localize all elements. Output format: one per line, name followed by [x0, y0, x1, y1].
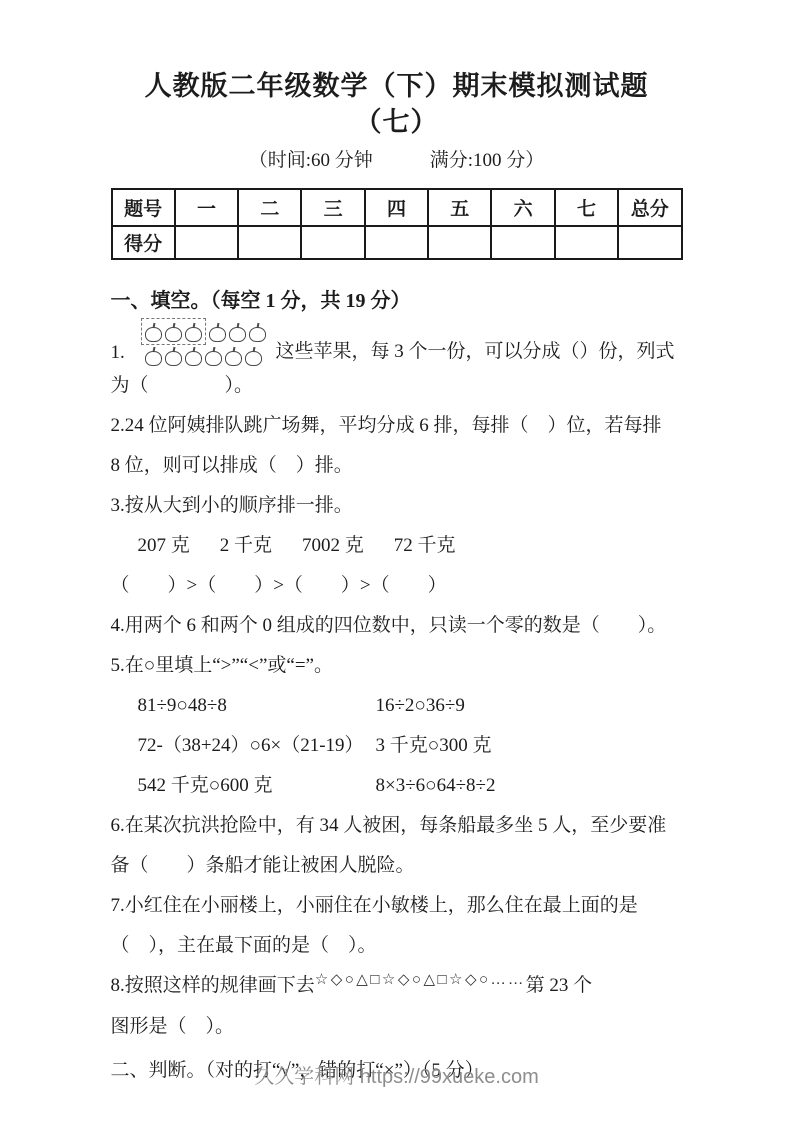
score-table-column-header: 五 — [428, 189, 491, 226]
score-table-column-header: 七 — [555, 189, 618, 226]
score-table-column-header: 一 — [175, 189, 238, 226]
score-table-score-cell — [365, 226, 428, 259]
question-4: 4.用两个 6 和两个 0 组成的四位数中，只读一个零的数是（ ）。 — [111, 606, 683, 646]
score-table-score-cell — [175, 226, 238, 259]
page-title: 人教版二年级数学（下）期末模拟测试题（七） — [111, 68, 683, 140]
question-5-row1: 81÷9○48÷8 16÷2○36÷9 — [111, 686, 683, 726]
score-table-column-header: 二 — [238, 189, 301, 226]
q3-value: 72 千克 — [394, 535, 456, 556]
score-table-score-cell — [491, 226, 554, 259]
section1-heading: 一、填空。（每空 1 分，共 19 分） — [111, 286, 683, 316]
score-table-score-cell — [618, 226, 681, 259]
question-2-line2: 8 位，则可以排成（ ）排。 — [111, 446, 683, 486]
question-1-number: 1. — [111, 340, 145, 366]
score-table-score-cell — [301, 226, 364, 259]
q3-value: 2 千克 — [220, 535, 272, 556]
apple-icon — [229, 327, 246, 342]
apple-icon — [145, 327, 162, 342]
apple-row — [145, 346, 266, 366]
score-table-corner-label: 题号 — [112, 189, 175, 226]
q5-expression: 81÷9○48÷8 — [138, 686, 376, 726]
score-table-row-label: 得分 — [112, 226, 175, 259]
q5-expression: 16÷2○36÷9 — [376, 686, 465, 726]
question-6-line2: 备（ ）条船才能让被困人脱险。 — [111, 846, 683, 886]
q5-expression: 3 千克○300 克 — [376, 726, 492, 766]
question-5-prompt: 5.在○里填上“>”“<”或“=”。 — [111, 646, 683, 686]
question-5-row3: 542 千克○600 克 8×3÷6○64÷8÷2 — [111, 766, 683, 806]
apple-icon — [249, 327, 266, 342]
question-2-line1: 2.24 位阿姨排队跳广场舞，平均分成 6 排，每排（ ）位，若每排 — [111, 406, 683, 446]
question-8-prefix: 8.按照这样的规律画下去 — [111, 975, 315, 996]
score-table-column-header: 四 — [365, 189, 428, 226]
apple-row — [145, 322, 266, 342]
question-1-line2: 为（ ）。 — [111, 366, 683, 406]
page-subtitle: （时间:60 分钟 满分:100 分） — [111, 148, 683, 174]
apple-icon — [165, 351, 182, 366]
question-3-values: 207 克2 千克7002 克72 千克 — [111, 526, 683, 566]
score-table-column-header: 三 — [301, 189, 364, 226]
question-7-line2: （ ），主在最下面的是（ ）。 — [111, 926, 683, 966]
apple-icon — [245, 351, 262, 366]
question-7-line1: 7.小红住在小丽楼上，小丽住在小敏楼上，那么住在最上面的是 — [111, 886, 683, 926]
question-1: 1. 这些苹果，每 3 个一份，可以分成（）份，列式 — [111, 322, 683, 366]
question-1-text: 这些苹果，每 3 个一份，可以分成（）份，列式 — [276, 338, 675, 366]
apple-icon — [185, 327, 202, 342]
question-8-line2: 图形是（ ）。 — [111, 1007, 683, 1047]
test-paper-page: 人教版二年级数学（下）期末模拟测试题（七） （时间:60 分钟 满分:100 分… — [111, 0, 683, 1091]
question-6-line1: 6.在某次抗洪抢险中，有 34 人被困，每条船最多坐 5 人，至少要准 — [111, 806, 683, 846]
score-table-column-header: 总分 — [618, 189, 681, 226]
q3-value: 7002 克 — [302, 535, 364, 556]
question-3-prompt: 3.按从大到小的顺序排一排。 — [111, 486, 683, 526]
question-3-compare: （ ）>（ ）>（ ）>（ ） — [111, 566, 683, 606]
question-5-row2: 72-（38+24）○6×（21-19） 3 千克○300 克 — [111, 726, 683, 766]
apple-icon — [185, 351, 202, 366]
score-table-score-cell — [428, 226, 491, 259]
shape-pattern-sequence: ☆◇○△□☆◇○△□☆◇○…… — [315, 972, 526, 988]
score-table: 题号一二三四五六七总分得分 — [111, 188, 683, 260]
apple-dashed-group — [141, 318, 206, 345]
q5-expression: 72-（38+24）○6×（21-19） — [138, 726, 376, 766]
question-8-line1: 8.按照这样的规律画下去☆◇○△□☆◇○△□☆◇○……第 23 个 — [111, 966, 683, 1007]
score-table-score-cell — [238, 226, 301, 259]
apple-icon — [205, 351, 222, 366]
question-8-suffix: 第 23 个 — [526, 975, 593, 996]
apple-icon — [225, 351, 242, 366]
score-table-score-cell — [555, 226, 618, 259]
watermark-footer: 久久学科网 https://99xueke.com — [0, 1060, 793, 1089]
q5-expression: 8×3÷6○64÷8÷2 — [376, 766, 496, 806]
apple-icon — [209, 327, 226, 342]
apples-figure — [145, 322, 266, 366]
apple-icon — [145, 351, 162, 366]
q3-value: 207 克 — [138, 535, 190, 556]
score-table-column-header: 六 — [491, 189, 554, 226]
apple-icon — [165, 327, 182, 342]
q5-expression: 542 千克○600 克 — [138, 766, 376, 806]
